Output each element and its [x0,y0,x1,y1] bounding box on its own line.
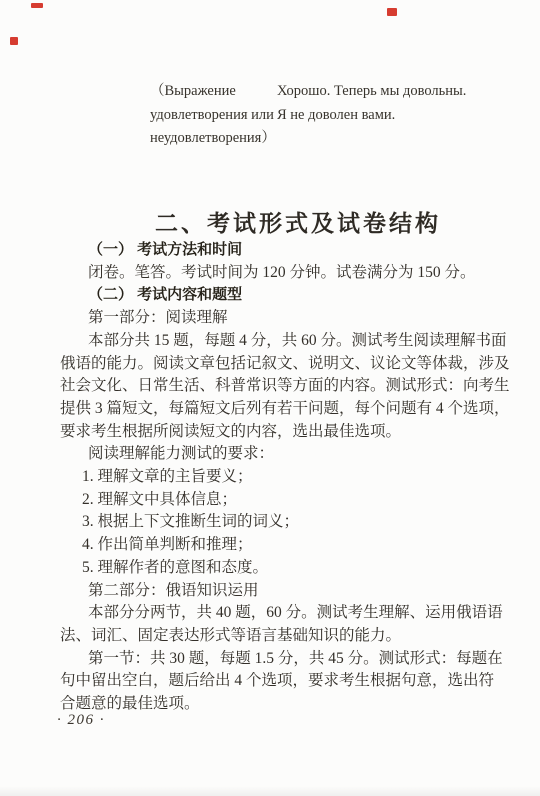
list-item: 3. 根据上下文推断生词的词义； [60,511,490,534]
red-ink-mark [387,8,397,16]
list-item: 4. 作出简单判断和推理； [60,534,490,557]
list-item: 5. 理解作者的意图和态度。 [60,557,490,580]
russian-note-label-line: （Выражение [150,80,277,104]
russian-note-label: （Выражение удовлетворения или неудовлетв… [150,80,277,151]
red-ink-mark [10,37,18,45]
text-line: 阅读理解能力测试的要求： [60,443,490,466]
text-line: 提供 3 篇短文，每篇短文后列有若干问题，每个问题有 4 个选项， [60,398,490,421]
text-line: 法、词汇、固定表达形式等语言基础知识的能力。 [60,625,490,648]
russian-note-examples: Хорошо. Теперь мы довольны. Я не доволен… [277,80,466,151]
text-line: 句中留出空白，题后给出 4 个选项，要求考生根据句意，选出符 [60,670,490,693]
text-line: 要求考生根据所阅读短文的内容，选出最佳选项。 [60,421,490,444]
subsection-heading: （二） 考试内容和题型 [60,284,490,307]
text-line: 俄语的能力。阅读文章包括记叙文、说明文、议论文等体裁，涉及 [60,353,490,376]
text-line: 第二部分：俄语知识运用 [60,580,490,603]
text-line: 社会文化、日常生活、科普常识等方面的内容。测试形式：向考生 [60,375,490,398]
list-item: 1. 理解文章的主旨要义； [60,466,490,489]
book-page: （Выражение удовлетворения или неудовлетв… [0,0,540,796]
section-heading: 二、考试形式及试卷结构 [0,205,540,238]
red-ink-mark [31,3,43,8]
subsection-heading: （一） 考试方法和时间 [60,239,490,262]
text-line: 本部分共 15 题，每题 4 分，共 60 分。测试考生阅读理解书面 [60,330,490,353]
text-line: 合题意的最佳选项。 [60,693,490,716]
text-line: 闭卷。笔答。考试时间为 120 分钟。试卷满分为 150 分。 [60,262,490,285]
russian-example-line: Я не доволен вами. [277,104,466,128]
scan-shadow [0,786,540,796]
russian-example-line: Хорошо. Теперь мы довольны. [277,80,466,104]
russian-note-label-line: удовлетворения или [150,104,277,128]
page-number: · 206 · [57,712,105,729]
text-line: 本部分分两节，共 40 题，60 分。测试考生理解、运用俄语语 [60,602,490,625]
text-line: 第一节：共 30 题，每题 1.5 分，共 45 分。测试形式：每题在 [60,648,490,671]
russian-note-label-line: неудовлетворения） [150,127,277,151]
russian-expression-note: （Выражение удовлетворения или неудовлетв… [150,80,466,151]
list-item: 2. 理解文中具体信息； [60,489,490,512]
body-text: （一） 考试方法和时间 闭卷。笔答。考试时间为 120 分钟。试卷满分为 150… [60,239,490,716]
text-line: 第一部分：阅读理解 [60,307,490,330]
